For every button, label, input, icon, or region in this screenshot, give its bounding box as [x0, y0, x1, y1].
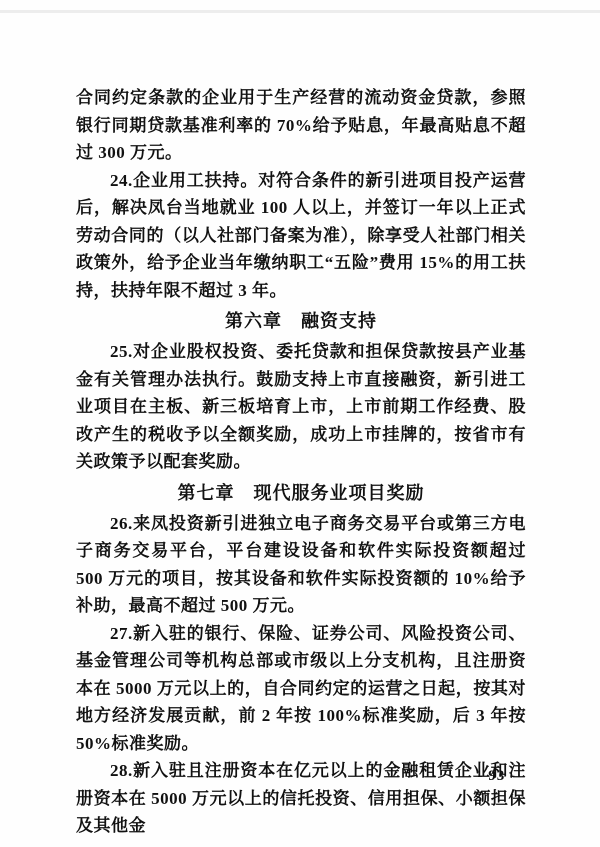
page-number: - 93 - — [478, 768, 517, 785]
document-paragraph: 27.新入驻的银行、保险、证券公司、风险投资公司、基金管理公司等机构总部或市级以… — [76, 620, 526, 758]
document-paragraph: 28.新入驻且注册资本在亿元以上的金融租赁企业和注册资本在 5000 万元以上的… — [76, 757, 526, 840]
scan-artifact-line — [0, 10, 600, 13]
document-page: 合同约定条款的企业用于生产经营的流动资金贷款，参照银行同期贷款基准利率的 70%… — [0, 0, 600, 847]
chapter-heading-7: 第七章 现代服务业项目奖励 — [76, 479, 526, 508]
chapter-heading-6: 第六章 融资支持 — [76, 307, 526, 336]
document-paragraph: 合同约定条款的企业用于生产经营的流动资金贷款，参照银行同期贷款基准利率的 70%… — [76, 84, 526, 167]
document-content: 合同约定条款的企业用于生产经营的流动资金贷款，参照银行同期贷款基准利率的 70%… — [76, 84, 526, 840]
document-paragraph: 24.企业用工扶持。对符合条件的新引进项目投产运营后，解决凤台当地就业 100 … — [76, 167, 526, 305]
document-paragraph: 25.对企业股权投资、委托贷款和担保贷款按县产业基金有关管理办法执行。鼓励支持上… — [76, 338, 526, 476]
document-paragraph: 26.来凤投资新引进独立电子商务交易平台或第三方电子商务交易平台，平台建设设备和… — [76, 510, 526, 620]
